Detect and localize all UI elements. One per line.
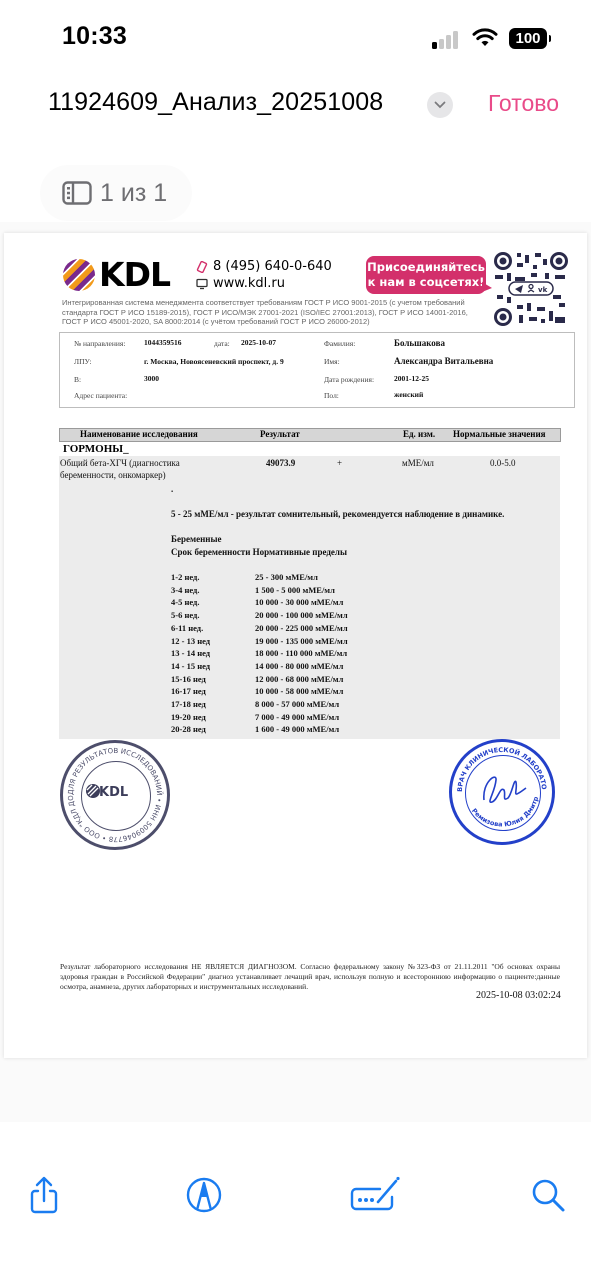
pregnancy-weeks: 13 - 14 нед <box>171 648 210 658</box>
pregnancy-range: 12 000 - 68 000 мМЕ/мл <box>255 674 343 684</box>
pregnancy-weeks: 16-17 нед <box>171 686 206 696</box>
pregnancy-weeks: 14 - 15 нед <box>171 661 210 671</box>
report-timestamp: 2025-10-08 03:02:24 <box>476 990 561 1001</box>
markup-icon[interactable] <box>184 1175 224 1215</box>
pregnancy-weeks: 17-18 нед <box>171 699 206 709</box>
pregnancy-range: 19 000 - 135 000 мМЕ/мл <box>255 636 348 646</box>
done-button[interactable]: Готово <box>488 90 559 117</box>
test-name-line2: беременности, онкомаркер) <box>60 470 166 480</box>
result-flag: + <box>337 458 342 468</box>
pregnancy-range: 20 000 - 100 000 мМЕ/мл <box>255 610 348 620</box>
kdl-logo-icon <box>63 259 95 291</box>
share-icon[interactable] <box>24 1175 64 1215</box>
pregnancy-range: 10 000 - 58 000 мМЕ/мл <box>255 686 343 696</box>
doubtful-note: 5 - 25 мМЕ/мл - результат сомнительный, … <box>171 509 504 519</box>
pregnancy-weeks: 6-11 нед. <box>171 623 203 633</box>
signature-icon[interactable] <box>350 1175 402 1215</box>
referral-date: 2025-10-07 <box>241 338 276 347</box>
phone-icon <box>196 261 208 273</box>
pregnancy-weeks: 4-5 нед. <box>171 597 199 607</box>
column-header-normal: Нормальные значения <box>453 429 546 439</box>
document-title[interactable]: 11924609_Анализ_20251008 <box>48 88 383 117</box>
page-counter-label: 1 из 1 <box>100 179 167 208</box>
pregnancy-weeks: 15-16 нед <box>171 674 206 684</box>
sidebar-icon <box>62 181 92 205</box>
patient-surname: Большакова <box>394 338 445 348</box>
social-banner: Присоединяйтесь к нам в соцсетях! <box>366 256 486 294</box>
test-name-line1: Общий бета-ХГЧ (диагностика <box>60 458 180 468</box>
phone-number: 8 (495) 640-0-640 <box>213 259 332 274</box>
doctor-stamp: ВРАЧ КЛИНИЧЕСКОЙ ЛАБОРАТОРНОЙ ДИАГНОСТИК… <box>449 739 555 845</box>
pregnancy-weeks: 1-2 нед. <box>171 572 199 582</box>
pregnancy-range: 14 000 - 80 000 мМЕ/мл <box>255 661 343 671</box>
pregnancy-weeks: 12 - 13 нед <box>171 636 210 646</box>
patient-name: Александра Витальевна <box>394 356 493 366</box>
pregnant-title: Беременные <box>171 534 221 544</box>
result-unit: мМЕ/мл <box>402 458 434 468</box>
column-header-unit: Ед. изм. <box>403 429 435 439</box>
results-table-header: Наименование исследования Результат Ед. … <box>59 428 561 442</box>
kdl-logo: KDL <box>61 257 176 295</box>
status-time: 10:33 <box>62 22 127 51</box>
patient-info-box: № направления: 1044359516 дата: 2025-10-… <box>59 332 575 408</box>
cellular-signal-icon <box>432 29 462 49</box>
pregnancy-weeks: 5-6 нед. <box>171 610 199 620</box>
svg-text:ВРАЧ КЛИНИЧЕСКОЙ ЛАБОРАТОРНОЙ: ВРАЧ КЛИНИЧЕСКОЙ ЛАБОРАТОРНОЙ ДИАГНОСТИК… <box>452 742 548 792</box>
pregnancy-range: 10 000 - 30 000 мМЕ/мл <box>255 597 343 607</box>
v-value: 3000 <box>144 374 159 383</box>
lpu-address: г. Москва, Новоясеневский проспект, д. 9 <box>144 357 284 366</box>
patient-dob: 2001-12-25 <box>394 374 429 383</box>
svg-text:vk: vk <box>538 286 548 294</box>
pregnancy-range: 7 000 - 49 000 мМЕ/мл <box>255 712 339 722</box>
battery-icon: 100 <box>509 28 547 49</box>
pregnancy-range: 1 500 - 5 000 мМЕ/мл <box>255 585 335 595</box>
pregnancy-range: 1 600 - 49 000 мМЕ/мл <box>255 724 339 734</box>
chevron-down-icon[interactable] <box>427 92 453 118</box>
result-value: 49073.9 <box>266 458 295 468</box>
status-bar: 10:33 100 <box>0 0 591 70</box>
referral-number: 1044359516 <box>144 338 182 347</box>
monitor-icon <box>196 278 208 290</box>
result-row: Общий бета-ХГЧ (диагностика беременности… <box>59 456 560 739</box>
column-header-result: Результат <box>260 429 300 439</box>
contact-info: 8 (495) 640-0-640 www.kdl.ru <box>196 258 332 292</box>
normal-range: 0.0-5.0 <box>490 458 516 468</box>
wifi-icon <box>472 26 498 48</box>
pregnancy-range: 8 000 - 57 000 мМЕ/мл <box>255 699 339 709</box>
signature <box>484 777 526 802</box>
page-counter[interactable]: 1 из 1 <box>40 165 192 221</box>
pregnancy-range: 18 000 - 110 000 мМЕ/мл <box>255 648 347 658</box>
iso-certification-text: Интегрированная система менеджмента соот… <box>62 298 487 327</box>
svg-text:ДЛЯ РЕЗУЛЬТАТОВ ИССЛЕДОВАНИЙ •: ДЛЯ РЕЗУЛЬТАТОВ ИССЛЕДОВАНИЙ • ИНН 50090… <box>63 743 164 843</box>
pregnant-header: Срок беременности Нормативные пределы <box>171 547 347 557</box>
disclaimer-text: Результат лабораторного исследования НЕ … <box>60 962 560 992</box>
pregnancy-weeks: 3-4 нед. <box>171 585 199 595</box>
group-title: ГОРМОНЫ_ <box>63 443 129 455</box>
pregnancy-weeks: 19-20 нед <box>171 712 206 722</box>
pregnancy-range: 20 000 - 225 000 мМЕ/мл <box>255 623 348 633</box>
search-icon[interactable] <box>528 1175 568 1215</box>
pregnancy-weeks: 20-28 нед <box>171 724 206 734</box>
column-header-test: Наименование исследования <box>80 429 198 439</box>
patient-sex: женский <box>394 390 423 399</box>
pregnancy-range: 25 - 300 мМЕ/мл <box>255 572 318 582</box>
lab-stamp: KDL ДЛЯ РЕЗУЛЬТАТОВ ИССЛЕДОВАНИЙ • ИНН 5… <box>60 740 170 850</box>
qr-code-icon: vk <box>493 251 569 327</box>
website: www.kdl.ru <box>213 276 285 291</box>
